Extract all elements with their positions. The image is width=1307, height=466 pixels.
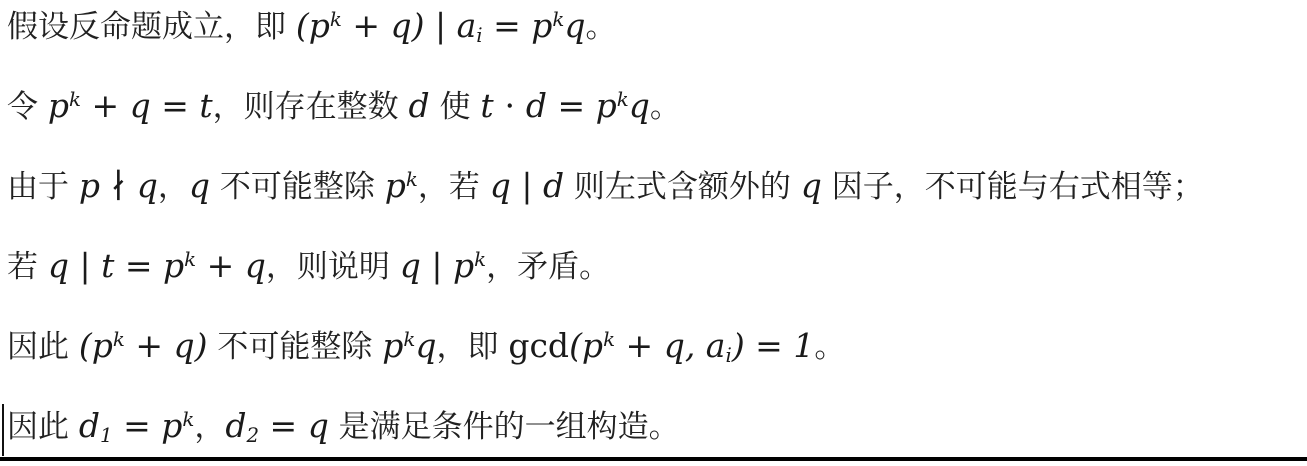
text-run: 因子，不可能与右式相等；: [822, 169, 1204, 205]
inline-math: (pk + q): [79, 326, 208, 365]
inline-math: q: [801, 166, 822, 205]
inline-math: q | d: [490, 166, 564, 205]
proof-line: 因此 (pk + q) 不可能整除 pkq，即 gcd(pk + q, ai) …: [7, 306, 1305, 386]
text-run: 假设反命题成立，即: [7, 9, 296, 45]
proof-line: 令 pk + q = t，则存在整数 d 使 t ⋅ d = pkq。: [7, 66, 1305, 146]
inline-math: q | t = pk + q: [48, 246, 266, 285]
inline-math: pk: [385, 166, 418, 205]
text-run: 。: [814, 329, 845, 365]
document-body[interactable]: 假设反命题成立，即 (pk + q) | ai = pkq。令 pk + q =…: [7, 0, 1305, 466]
inline-math: q | pk: [400, 246, 486, 285]
proof-line: 假设反命题成立，即 (pk + q) | ai = pkq。: [7, 0, 1305, 66]
text-run: ，若: [418, 169, 490, 205]
text-run: 。: [650, 89, 681, 125]
text-run: 因此: [7, 409, 79, 445]
inline-math: d1 = pk: [79, 406, 194, 445]
text-run: 则左式含额外的: [564, 169, 801, 205]
text-run: 由于: [7, 169, 79, 205]
text-run: 使: [430, 89, 481, 125]
inline-math: q: [189, 166, 210, 205]
inline-math: gcd(pk + q, ai) = 1: [508, 326, 814, 365]
text-run: ，: [158, 169, 189, 205]
text-run: ，矛盾。: [486, 249, 610, 285]
text-run: 不可能整除: [210, 169, 385, 205]
bottom-divider: [0, 457, 1307, 461]
inline-math: d2 = q: [225, 406, 328, 445]
text-run: 令: [7, 89, 48, 125]
inline-math: (pk + q) | ai = pkq: [296, 6, 586, 45]
proof-line: 由于 p ∤ q，q 不可能整除 pk，若 q | d 则左式含额外的 q 因子…: [7, 146, 1305, 226]
inline-math: pkq: [382, 326, 436, 365]
text-run: ，: [194, 409, 225, 445]
inline-math: d: [409, 86, 430, 125]
text-cursor: [2, 404, 4, 456]
text-run: ，则说明: [266, 249, 400, 285]
inline-math: t ⋅ d = pkq: [480, 86, 650, 125]
proof-line: 因此 d1 = pk，d2 = q 是满足条件的一组构造。: [7, 386, 1305, 466]
text-run: 不可能整除: [208, 329, 383, 365]
text-run: 若: [7, 249, 48, 285]
inline-math: p ∤ q: [79, 166, 158, 205]
inline-math: pk + q = t: [48, 86, 213, 125]
math-proof-document: 假设反命题成立，即 (pk + q) | ai = pkq。令 pk + q =…: [0, 0, 1307, 466]
text-run: ，则存在整数: [213, 89, 409, 125]
text-run: 是满足条件的一组构造。: [329, 409, 680, 445]
text-run: 。: [585, 9, 616, 45]
text-run: ，即: [436, 329, 508, 365]
text-run: 因此: [7, 329, 79, 365]
proof-line: 若 q | t = pk + q，则说明 q | pk，矛盾。: [7, 226, 1305, 306]
